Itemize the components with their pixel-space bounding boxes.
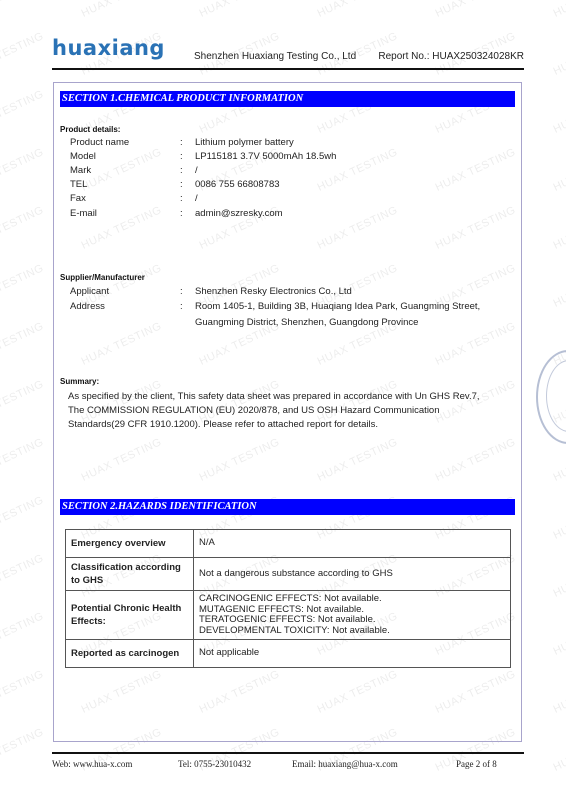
supplier-key: Address	[70, 301, 105, 312]
page-header: huaxiang Shenzhen Huaxiang Testing Co., …	[52, 38, 524, 70]
supplier-key: Applicant	[70, 286, 109, 297]
hazard-row: Emergency overviewN/A	[66, 530, 511, 558]
summary-line: Standards(29 CFR 1910.1200). Please refe…	[68, 418, 514, 432]
detail-key: Mark	[70, 165, 91, 176]
watermark-text: HUAX TESTING	[434, 0, 518, 20]
product-details-label: Product details:	[60, 125, 120, 134]
footer-tel: Tel: 0755-23010432	[178, 759, 251, 769]
product-detail-row: E-mail:admin@szresky.com	[54, 208, 521, 222]
company-name: Shenzhen Huaxiang Testing Co., Ltd	[194, 51, 356, 62]
watermark-text: HUAX TESTING	[552, 30, 566, 78]
watermark-text: HUAX TESTING	[0, 30, 46, 78]
hazard-value-cell: Not a dangerous substance according to G…	[194, 558, 511, 591]
watermark-text: HUAX TESTING	[552, 726, 566, 774]
hazard-value-line: Not applicable	[199, 648, 505, 659]
detail-separator: :	[180, 151, 183, 162]
hazard-value-line: TERATOGENIC EFFECTS: Not available.	[199, 615, 505, 626]
watermark-text: HUAX TESTING	[552, 88, 566, 136]
watermark-text: HUAX TESTING	[552, 262, 566, 310]
watermark-text: HUAX TESTING	[552, 146, 566, 194]
hazard-header-cell: Classification according to GHS	[66, 558, 194, 591]
detail-value: /	[195, 165, 198, 176]
watermark-text: HUAX TESTING	[552, 552, 566, 600]
footer-email: Email: huaxiang@hua-x.com	[292, 759, 398, 769]
section-2-header: SECTION 2.HAZARDS IDENTIFICATION	[60, 499, 515, 515]
hazard-value-cell: Not applicable	[194, 640, 511, 668]
detail-value: 0086 755 66808783	[195, 179, 280, 190]
watermark-text: HUAX TESTING	[0, 436, 46, 484]
address-line-2: Guangming District, Shenzhen, Guangdong …	[195, 317, 418, 328]
watermark-text: HUAX TESTING	[552, 494, 566, 542]
detail-separator: :	[180, 208, 183, 219]
detail-key: TEL	[70, 179, 87, 190]
watermark-text: HUAX TESTING	[0, 146, 46, 194]
summary-line: As specified by the client, This safety …	[68, 390, 514, 404]
hazard-value-line: CARCINOGENIC EFFECTS: Not available.	[199, 594, 505, 605]
hazard-header-cell: Reported as carcinogen	[66, 640, 194, 668]
watermark-text: HUAX TESTING	[552, 0, 566, 20]
summary-text: As specified by the client, This safety …	[68, 390, 514, 432]
watermark-text: HUAX TESTING	[0, 668, 46, 716]
watermark-text: HUAX TESTING	[0, 610, 46, 658]
detail-key: Fax	[70, 193, 86, 204]
detail-value: Lithium polymer battery	[195, 137, 294, 148]
watermark-text: HUAX TESTING	[552, 668, 566, 716]
product-detail-row: Mark:/	[54, 165, 521, 179]
detail-separator: :	[180, 165, 183, 176]
watermark-text: HUAX TESTING	[552, 204, 566, 252]
page-footer: Web: www.hua-x.com Tel: 0755-23010432 Em…	[52, 752, 524, 774]
supplier-separator: :	[180, 301, 183, 312]
watermark-text: HUAX TESTING	[0, 552, 46, 600]
hazard-header-cell: Potential Chronic Health Effects:	[66, 591, 194, 640]
detail-separator: :	[180, 193, 183, 204]
watermark-text: HUAX TESTING	[0, 378, 46, 426]
company-logo: huaxiang	[52, 36, 165, 60]
hazard-header-cell: Emergency overview	[66, 530, 194, 558]
watermark-text: HUAX TESTING	[0, 88, 46, 136]
hazard-value-line: Not a dangerous substance according to G…	[199, 569, 505, 580]
supplier-row: Applicant:Shenzhen Resky Electronics Co.…	[54, 286, 521, 300]
detail-value: admin@szresky.com	[195, 208, 283, 219]
product-detail-row: TEL:0086 755 66808783	[54, 179, 521, 193]
product-detail-row: Model:LP115181 3.7V 5000mAh 18.5wh	[54, 151, 521, 165]
detail-separator: :	[180, 179, 183, 190]
footer-page-number: Page 2 of 8	[456, 759, 497, 769]
detail-key: Product name	[70, 137, 129, 148]
supplier-label: Supplier/Manufacturer	[60, 273, 145, 282]
watermark-text: HUAX TESTING	[552, 610, 566, 658]
watermark-text: HUAX TESTING	[0, 320, 46, 368]
watermark-text: HUAX TESTING	[316, 0, 400, 20]
content-frame: SECTION 1.CHEMICAL PRODUCT INFORMATION P…	[53, 82, 522, 742]
hazard-row: Reported as carcinogenNot applicable	[66, 640, 511, 668]
footer-web: Web: www.hua-x.com	[52, 759, 132, 769]
watermark-text: HUAX TESTING	[198, 0, 282, 20]
product-detail-row: Product name:Lithium polymer battery	[54, 137, 521, 151]
section-1-header: SECTION 1.CHEMICAL PRODUCT INFORMATION	[60, 91, 515, 107]
watermark-text: HUAX TESTING	[80, 0, 164, 20]
detail-key: E-mail	[70, 208, 97, 219]
hazard-row: Classification according to GHSNot a dan…	[66, 558, 511, 591]
summary-line: The COMMISSION REGULATION (EU) 2020/878,…	[68, 404, 514, 418]
watermark-text: HUAX TESTING	[0, 262, 46, 310]
watermark-text: HUAX TESTING	[0, 726, 46, 774]
hazard-value-line: N/A	[199, 538, 505, 549]
product-detail-row: Fax:/	[54, 193, 521, 207]
supplier-separator: :	[180, 286, 183, 297]
detail-separator: :	[180, 137, 183, 148]
hazard-row: Potential Chronic Health Effects:CARCINO…	[66, 591, 511, 640]
watermark-text: HUAX TESTING	[0, 0, 46, 20]
supplier-value: Room 1405-1, Building 3B, Huaqiang Idea …	[195, 301, 480, 312]
detail-value: /	[195, 193, 198, 204]
detail-value: LP115181 3.7V 5000mAh 18.5wh	[195, 151, 336, 162]
hazards-table: Emergency overviewN/AClassification acco…	[65, 529, 511, 668]
watermark-text: HUAX TESTING	[0, 204, 46, 252]
hazard-value-cell: N/A	[194, 530, 511, 558]
supplier-row: Address:Room 1405-1, Building 3B, Huaqia…	[54, 301, 521, 315]
hazard-value-cell: CARCINOGENIC EFFECTS: Not available.MUTA…	[194, 591, 511, 640]
hazard-value-line: DEVELOPMENTAL TOXICITY: Not available.	[199, 626, 505, 637]
watermark-text: HUAX TESTING	[0, 494, 46, 542]
report-number: Report No.: HUAX250324028KR	[378, 51, 524, 62]
supplier-value: Shenzhen Resky Electronics Co., Ltd	[195, 286, 352, 297]
detail-key: Model	[70, 151, 96, 162]
summary-label: Summary:	[60, 377, 99, 386]
